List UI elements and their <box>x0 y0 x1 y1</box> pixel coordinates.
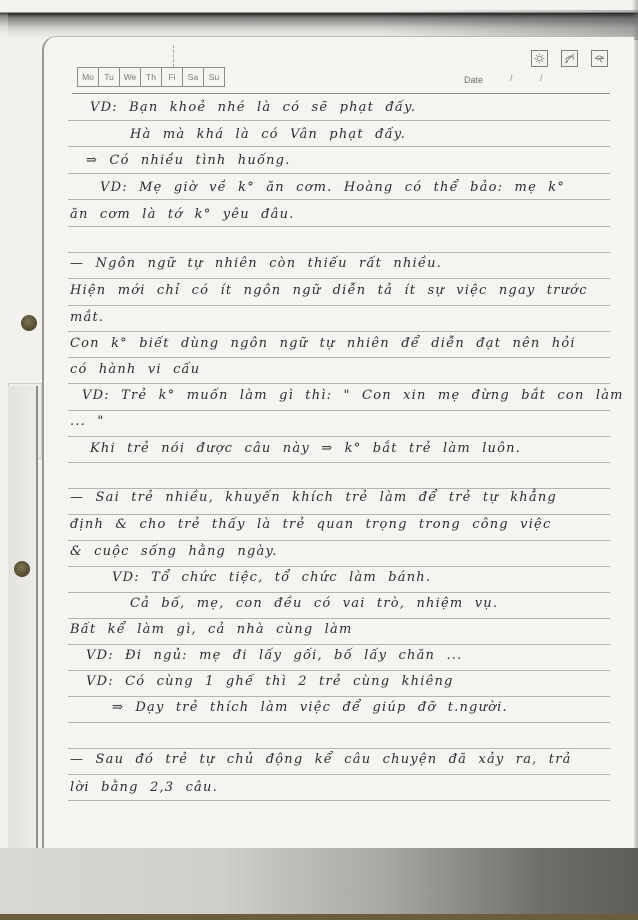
ruled-line <box>68 774 610 775</box>
umbrella-icon <box>591 50 608 67</box>
ruled-line <box>68 383 610 384</box>
date-label: Date <box>464 75 483 85</box>
handwritten-line: VD: Mẹ giờ về k° ăn cơm. Hoàng có thể bả… <box>100 180 565 195</box>
weekday-su: Su <box>204 68 224 86</box>
sun-icon <box>531 50 548 67</box>
ruled-line <box>68 488 610 489</box>
ruled-line <box>68 226 610 227</box>
ruled-line <box>68 800 610 801</box>
ruled-line <box>68 120 610 121</box>
ruled-line <box>68 462 610 463</box>
ruled-line <box>68 252 610 253</box>
cloud-rain-icon <box>561 50 578 67</box>
ruled-line <box>68 696 610 697</box>
header-divider <box>72 93 610 94</box>
weekday-fi: Fi <box>162 68 183 86</box>
date-separator-2: / <box>540 73 543 83</box>
ruled-line <box>68 357 610 358</box>
ruled-line <box>68 722 610 723</box>
ruled-line <box>68 278 610 279</box>
handwritten-line: ... " <box>70 414 105 429</box>
weekday-sa: Sa <box>183 68 204 86</box>
handwritten-line: Khi trẻ nói được câu này ⇒ k° bắt trẻ là… <box>90 441 521 456</box>
ruled-line <box>68 436 610 437</box>
weekday-tu: Tu <box>99 68 120 86</box>
ruled-line <box>68 644 610 645</box>
ruled-line <box>68 670 610 671</box>
handwritten-line: VD: Có cùng 1 ghế thì 2 trẻ cùng khiêng <box>86 674 454 689</box>
weekday-we: We <box>120 68 141 86</box>
handwritten-line: lời bằng 2,3 câu. <box>70 780 218 795</box>
ruled-line <box>68 410 610 411</box>
ruled-line <box>68 331 610 332</box>
date-separator-1: / <box>510 73 513 83</box>
ruled-line <box>68 748 610 749</box>
ruled-line <box>68 305 610 306</box>
left-binding-strip <box>8 386 38 856</box>
page-center-mark <box>173 45 174 67</box>
weekday-th: Th <box>141 68 162 86</box>
punch-hole-top <box>21 315 37 331</box>
handwritten-line: có hành vi cấu <box>70 362 200 377</box>
handwritten-line: VD: Trẻ k° muốn làm gì thì: " Con xin mẹ… <box>82 388 624 403</box>
handwritten-line: — Sai trẻ nhiều, khuyến khích trẻ làm để… <box>70 490 557 505</box>
bottom-scan-shadow <box>0 848 638 920</box>
ruled-line <box>68 173 610 174</box>
ruled-line <box>68 566 610 567</box>
punch-hole-bottom <box>14 561 30 577</box>
handwritten-line: Con k° biết dùng ngôn ngữ tự nhiên để di… <box>70 336 576 351</box>
ruled-line <box>68 540 610 541</box>
ruled-line <box>68 592 610 593</box>
handwritten-line: — Sau đó trẻ tự chủ động kể câu chuyện đ… <box>70 752 572 767</box>
handwritten-line: ⇒ Có nhiều tình huống. <box>86 153 291 168</box>
handwritten-line: VD: Bạn khoẻ nhé là có sẽ phạt đấy. <box>90 100 416 115</box>
handwritten-line: VD: Tổ chức tiệc, tổ chức làm bánh. <box>112 570 431 585</box>
handwritten-line: Hà mà khá là có Vân phạt đấy. <box>130 127 406 142</box>
ruled-line <box>68 146 610 147</box>
handwritten-line: & cuộc sống hằng ngày. <box>70 544 278 559</box>
handwritten-line: VD: Đi ngủ: mẹ đi lấy gối, bố lấy chăn .… <box>86 648 462 663</box>
weekday-selector: Mo Tu We Th Fi Sa Su <box>77 67 225 87</box>
handwritten-line: Bất kể làm gì, cả nhà cùng làm <box>70 622 353 637</box>
handwritten-line: Cả bố, mẹ, con đều có vai trò, nhiệm vụ. <box>130 596 498 611</box>
ruled-line <box>68 618 610 619</box>
handwritten-line: ⇒ Dạy trẻ thích làm việc để giúp đỡ t.ng… <box>112 700 508 715</box>
weekday-mo: Mo <box>78 68 99 86</box>
scanned-notebook-page: Mo Tu We Th Fi Sa Su Date / / VD: Bạn kh… <box>0 0 638 920</box>
ruled-line <box>68 514 610 515</box>
handwritten-line: định & cho trẻ thấy là trẻ quan trọng tr… <box>70 517 551 532</box>
ruled-line <box>68 199 610 200</box>
handwritten-line: Hiện mới chỉ có ít ngôn ngữ diễn tả ít s… <box>70 283 588 298</box>
handwritten-line: mắt. <box>70 310 104 325</box>
handwritten-line: ăn cơm là tớ k° yêu đâu. <box>70 207 294 222</box>
bottom-table-edge <box>0 914 638 920</box>
handwritten-line: — Ngôn ngữ tự nhiên còn thiếu rất nhiều. <box>70 256 442 271</box>
